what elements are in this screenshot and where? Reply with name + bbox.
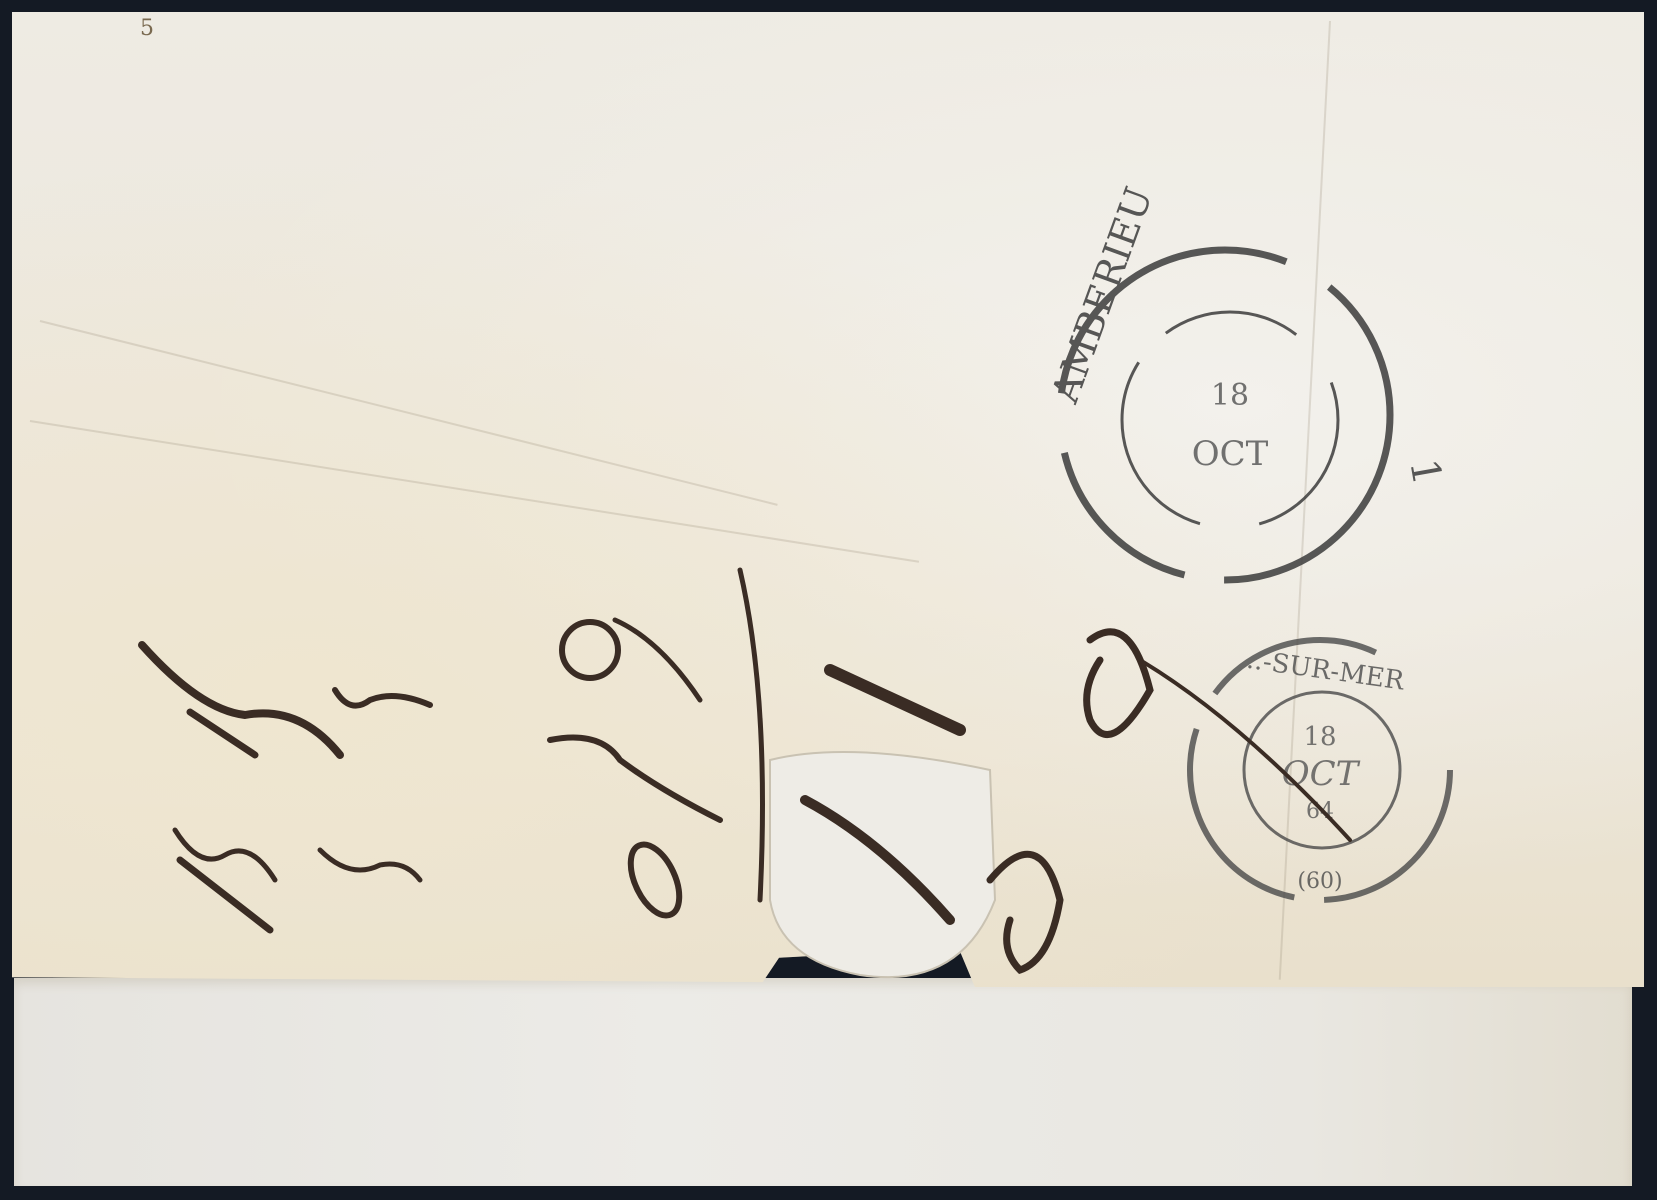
letter-photo: 18 OCT AMBERIEU 1 18 OCT 64 ...-SUR-MER … xyxy=(0,0,1657,1200)
double-circle-postmark-lower: 18 OCT 64 ...-SUR-MER (60) xyxy=(1190,640,1450,900)
corner-mark: 5 xyxy=(140,16,154,41)
postmark-day: 18 xyxy=(1303,722,1336,752)
manuscript-docket-center xyxy=(550,570,960,923)
postmark-town: ...-SUR-MER xyxy=(1236,644,1407,697)
svg-text:5: 5 xyxy=(140,16,154,41)
postmark-month: OCT xyxy=(1282,754,1361,794)
manuscript-docket-left xyxy=(142,645,430,930)
postmark-town: AMBERIEU xyxy=(1042,181,1161,409)
postmark-day: 18 xyxy=(1211,378,1249,413)
postmark-month: OCT xyxy=(1192,434,1269,474)
manuscript-docket-right xyxy=(990,632,1350,970)
postmark-bottom: (60) xyxy=(1297,869,1342,894)
markings-layer: 18 OCT AMBERIEU 1 18 OCT 64 ...-SUR-MER … xyxy=(0,0,1657,1200)
double-circle-postmark-upper: 18 OCT AMBERIEU 1 xyxy=(1042,181,1450,580)
wax-seal-remnant xyxy=(770,752,995,977)
postmark-side: 1 xyxy=(1400,455,1450,488)
